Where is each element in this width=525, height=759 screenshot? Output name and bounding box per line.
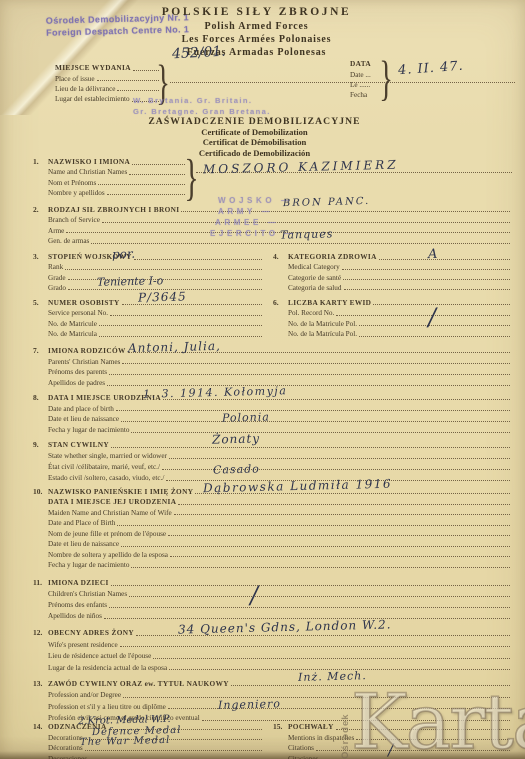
dotted-leader — [163, 399, 510, 400]
entry-profession-es: Ingeniero — [218, 698, 281, 711]
field-label: Apellidos de niños — [48, 612, 104, 620]
entry-birth: 1. 3. 1914. Kołomyja — [143, 385, 288, 400]
dotted-leader — [169, 458, 510, 459]
field-number: 6. — [273, 298, 288, 307]
field-label: Prénoms des enfants — [48, 601, 109, 609]
dotted-leader — [174, 514, 510, 515]
field-label: Maiden Name and Christian Name of Wife — [48, 509, 174, 517]
field-label: ZAWÓD CYWILNY ORAZ ew. TYTUŁ NAUKOWY — [48, 679, 231, 688]
entry-branch-es: Tanques — [280, 228, 334, 240]
dotted-leader — [131, 567, 510, 568]
field-7-parents: 7.IMIONA RODZICÓW Parents' Christian Nam… — [33, 344, 510, 387]
date-label-en: Date ... — [350, 71, 373, 79]
field-label: Lieu de résidence actuel de l'épouse — [48, 652, 153, 660]
field-label: État civil /célibataire, marié, veuf, et… — [48, 463, 162, 471]
entry-parents: Antoni, Julia, — [128, 340, 221, 354]
field-number: 7. — [33, 346, 48, 355]
branch-stamp-polish: WOJSKO — — [218, 197, 293, 205]
entry-birth-country: Polonia — [222, 411, 270, 423]
dotted-leader — [178, 504, 510, 505]
dotted-leader — [379, 259, 510, 260]
dotted-leader — [97, 80, 159, 81]
date-label-pl: DATA — [350, 59, 373, 68]
field-label: NAZWISKO PANIEŃSKIE I IMIĘ ŻONY — [48, 487, 195, 496]
dotted-leader — [344, 289, 511, 290]
dotted-leader — [99, 325, 262, 326]
field-label: Categoria de salud — [288, 284, 344, 292]
watermark-osrodek-vertical: Ośrodek — [340, 695, 351, 759]
field-number: 5. — [33, 298, 48, 307]
dotted-leader — [121, 546, 510, 547]
date-handwritten: 4. II. 47. — [398, 60, 464, 78]
field-label: Grado — [48, 284, 68, 292]
field-label: Prénoms des parents — [48, 368, 109, 376]
field-1-name: 1.NAZWISKO I IMIONA Name and Christian N… — [33, 156, 185, 197]
entry-rank: por. — [112, 248, 135, 261]
dotted-leader — [168, 535, 510, 536]
field-label: Fecha y lugar de nacimiento — [48, 426, 131, 434]
dotted-leader — [134, 259, 262, 260]
field-label: Nom de jeune fille et prénom de l'épouse — [48, 530, 168, 538]
field-10-wife: 10.NAZWISKO PANIEŃSKIE I IMIĘ ŻONY DATA … — [33, 485, 510, 569]
field-9-marital-status: 9.STAN CYWILNY State whether single, mar… — [33, 438, 510, 482]
field-label: IMIONA RODZICÓW — [48, 346, 128, 355]
dotted-leader — [373, 304, 510, 305]
place-stamp-line1: W. Brytania. Gr. Britain. — [133, 97, 252, 105]
watermark-karta: Karta — [351, 684, 525, 759]
field-label: No. de Matricula — [48, 330, 99, 338]
field-number: 2. — [33, 205, 48, 214]
field-label: LICZBA KARTY EWID — [288, 298, 373, 307]
dotted-leader — [107, 385, 510, 386]
field-label: Grade — [48, 274, 68, 282]
dotted-leader — [104, 618, 510, 619]
field-label: Medical Category — [288, 263, 342, 271]
field-label: DATA I MIEJSCE JEJ URODZENIA — [48, 497, 178, 506]
branch-stamp-english: ARMY — — [218, 208, 273, 216]
field-label: Decoraciones — [48, 755, 89, 759]
dotted-leader — [132, 164, 185, 165]
field-label: Citaciones — [288, 755, 320, 759]
field-label: Date and Place of Birth — [48, 519, 117, 527]
dotted-leader — [116, 410, 510, 411]
entry-marital-pl: Żonaty — [212, 432, 260, 445]
reference-number-handwritten: 452/01. — [172, 45, 226, 62]
field-number: 8. — [33, 393, 48, 402]
field-number: 4. — [273, 252, 288, 261]
field-label: IMIONA DZIECI — [48, 578, 111, 587]
dotted-leader — [99, 336, 262, 337]
demobilization-certificate-scan: Ośrodek Demobilizacyjny Nr. 1 Foreign De… — [0, 0, 525, 759]
field-label: STAN CYWILNY — [48, 440, 111, 449]
field-4-medical-category: 4.KATEGORIA ZDROWIA Medical Category Cat… — [273, 251, 510, 292]
header-line-spanish: Fuerzas Armadas Polonesas — [0, 46, 519, 59]
date-brace: } — [379, 55, 393, 103]
entry-marital-es: Casado — [213, 463, 260, 475]
field-label: Gen. de armas — [48, 237, 91, 245]
date-block: DATA Date ... Le ...... Fecha — [350, 58, 378, 99]
header-line-french: Les Forces Armées Polonaises — [0, 33, 519, 46]
field-label: State whether single, married or widower — [48, 452, 169, 460]
field-label: Date et lieu de naissance — [48, 415, 121, 423]
dotted-leader — [98, 184, 185, 185]
name-brace: } — [184, 153, 198, 203]
field-label: Wife's present residence — [48, 641, 120, 649]
date-label-es: Fecha — [350, 91, 369, 99]
field-label: Profession et s'il y a lieu titre ou dip… — [48, 703, 168, 711]
entry-branch: BRON PANC. — [283, 197, 370, 209]
field-number: 12. — [33, 628, 48, 637]
entry-service-number: P/3645 — [138, 290, 187, 303]
dotted-leader — [133, 70, 159, 71]
field-label: Nombre y apellidos — [48, 189, 107, 197]
certificate-title: ZAŚWIADCZENIE DEMOBILIZACYJNE Certificat… — [0, 116, 517, 158]
title-line-polish: ZAŚWIADCZENIE DEMOBILIZACYJNE — [0, 116, 517, 127]
dotted-leader — [109, 374, 510, 375]
field-label: Categorie de santé — [288, 274, 343, 282]
field-label: No. de la Matricule Pol. — [288, 320, 359, 328]
dotted-leader — [107, 194, 185, 195]
dotted-leader — [343, 279, 510, 280]
field-label: POCHWAŁY — [288, 722, 336, 731]
dotted-leader — [131, 432, 510, 433]
field-number: 10. — [33, 487, 48, 496]
dotted-leader — [117, 90, 159, 91]
field-label: Rank — [48, 263, 65, 271]
field-label: NAZWISKO I IMIONA — [48, 157, 132, 166]
field-number: 3. — [33, 252, 48, 261]
dotted-leader — [153, 658, 510, 659]
header-line-english: Polish Armed Forces — [0, 20, 519, 33]
dotted-leader — [336, 315, 510, 316]
branch-stamp-french: ARMEE — — [215, 219, 279, 227]
entry-rank-es: Teniente I-o — [97, 275, 164, 288]
field-label: Children's Christian Names — [48, 590, 129, 598]
header-line-polish: POLSKIE SIŁY ZBROJNE — [0, 6, 519, 18]
title-line-english: Certificate of Demobilization — [0, 127, 517, 137]
field-label: Nom et Prénoms — [48, 179, 98, 187]
field-label: No. de Matricule — [48, 320, 99, 328]
field-label: Profession and/or Degree — [48, 691, 123, 699]
dotted-leader — [111, 447, 510, 448]
field-label: KATEGORIA ZDROWIA — [288, 252, 379, 261]
field-label: Date et lieu de naissance — [48, 540, 121, 548]
entry-medical-category: A — [428, 248, 438, 261]
dotted-leader — [129, 174, 185, 175]
dotted-leader — [342, 269, 510, 270]
field-label: Nombre de soltera y apellido de la espos… — [48, 551, 170, 559]
field-number: 11. — [33, 578, 48, 587]
field-label: Service personal No. — [48, 309, 110, 317]
dotted-leader — [129, 596, 510, 597]
field-label: Name and Christian Names — [48, 168, 129, 176]
field-label: Date and place of birth — [48, 405, 116, 413]
dotted-leader — [117, 525, 510, 526]
field-label: Parents' Christian Names — [48, 358, 122, 366]
field-number: 13. — [33, 679, 48, 688]
dotted-line — [170, 82, 515, 83]
field-label: NUMER OSOBISTY — [48, 298, 122, 307]
dotted-leader — [121, 421, 510, 422]
issue-label-pl: MIEJSCE WYDANIA — [55, 63, 133, 72]
field-11-children: 11.IMIONA DZIECI Children's Christian Na… — [33, 576, 510, 620]
title-line-french: Certificat de Démobilisation — [0, 137, 517, 147]
dotted-leader — [102, 222, 510, 223]
field-label: No. de la Matrícula Pol. — [288, 330, 359, 338]
entry-record-number-slash: / — [428, 305, 437, 329]
dotted-leader — [65, 269, 262, 270]
field-label: Lugar de la residencia actual de la espo… — [48, 664, 169, 672]
place-stamp-line2: Gr. Bretagne. Gran Bretana. — [133, 108, 271, 116]
field-label: Apellidos de padres — [48, 379, 107, 387]
dotted-leader — [111, 585, 510, 586]
entry-children-slash: / — [250, 583, 259, 607]
field-label: Branch of Service — [48, 216, 102, 224]
field-6-record-number: 6.LICZBA KARTY EWID Pol. Record No. No. … — [273, 296, 510, 338]
field-label: Estado civil /soltero, casado, viudo, et… — [48, 474, 166, 482]
field-label: Arme — [48, 227, 66, 235]
dotted-leader — [91, 243, 510, 244]
dotted-leader — [110, 315, 262, 316]
field-label: OBECNY ADRES ŻONY — [48, 628, 136, 637]
issue-label-en: Place of issue — [55, 75, 97, 83]
dotted-leader — [359, 336, 510, 337]
dotted-leader — [122, 363, 510, 364]
dotted-leader — [120, 646, 510, 647]
field-label: Citations — [288, 744, 316, 752]
field-label: RODZAJ SIŁ ZBROJNYCH I BRONI — [48, 205, 181, 214]
issue-label-es: Lugar del establecimiento — [55, 95, 132, 103]
dotted-leader — [109, 607, 510, 608]
field-label: Fecha y lugar de nacimiento — [48, 561, 131, 569]
form-header: POLSKIE SIŁY ZBROJNE Polish Armed Forces… — [0, 6, 519, 60]
dotted-leader — [85, 750, 262, 751]
field-number: 15. — [273, 722, 288, 731]
field-number: 1. — [33, 157, 48, 166]
field-label: Pol. Record No. — [288, 309, 336, 317]
field-number: 14. — [33, 722, 48, 731]
field-number: 9. — [33, 440, 48, 449]
issue-label-fr: Lieu de la délivrance — [55, 85, 117, 93]
dotted-leader — [170, 556, 510, 557]
